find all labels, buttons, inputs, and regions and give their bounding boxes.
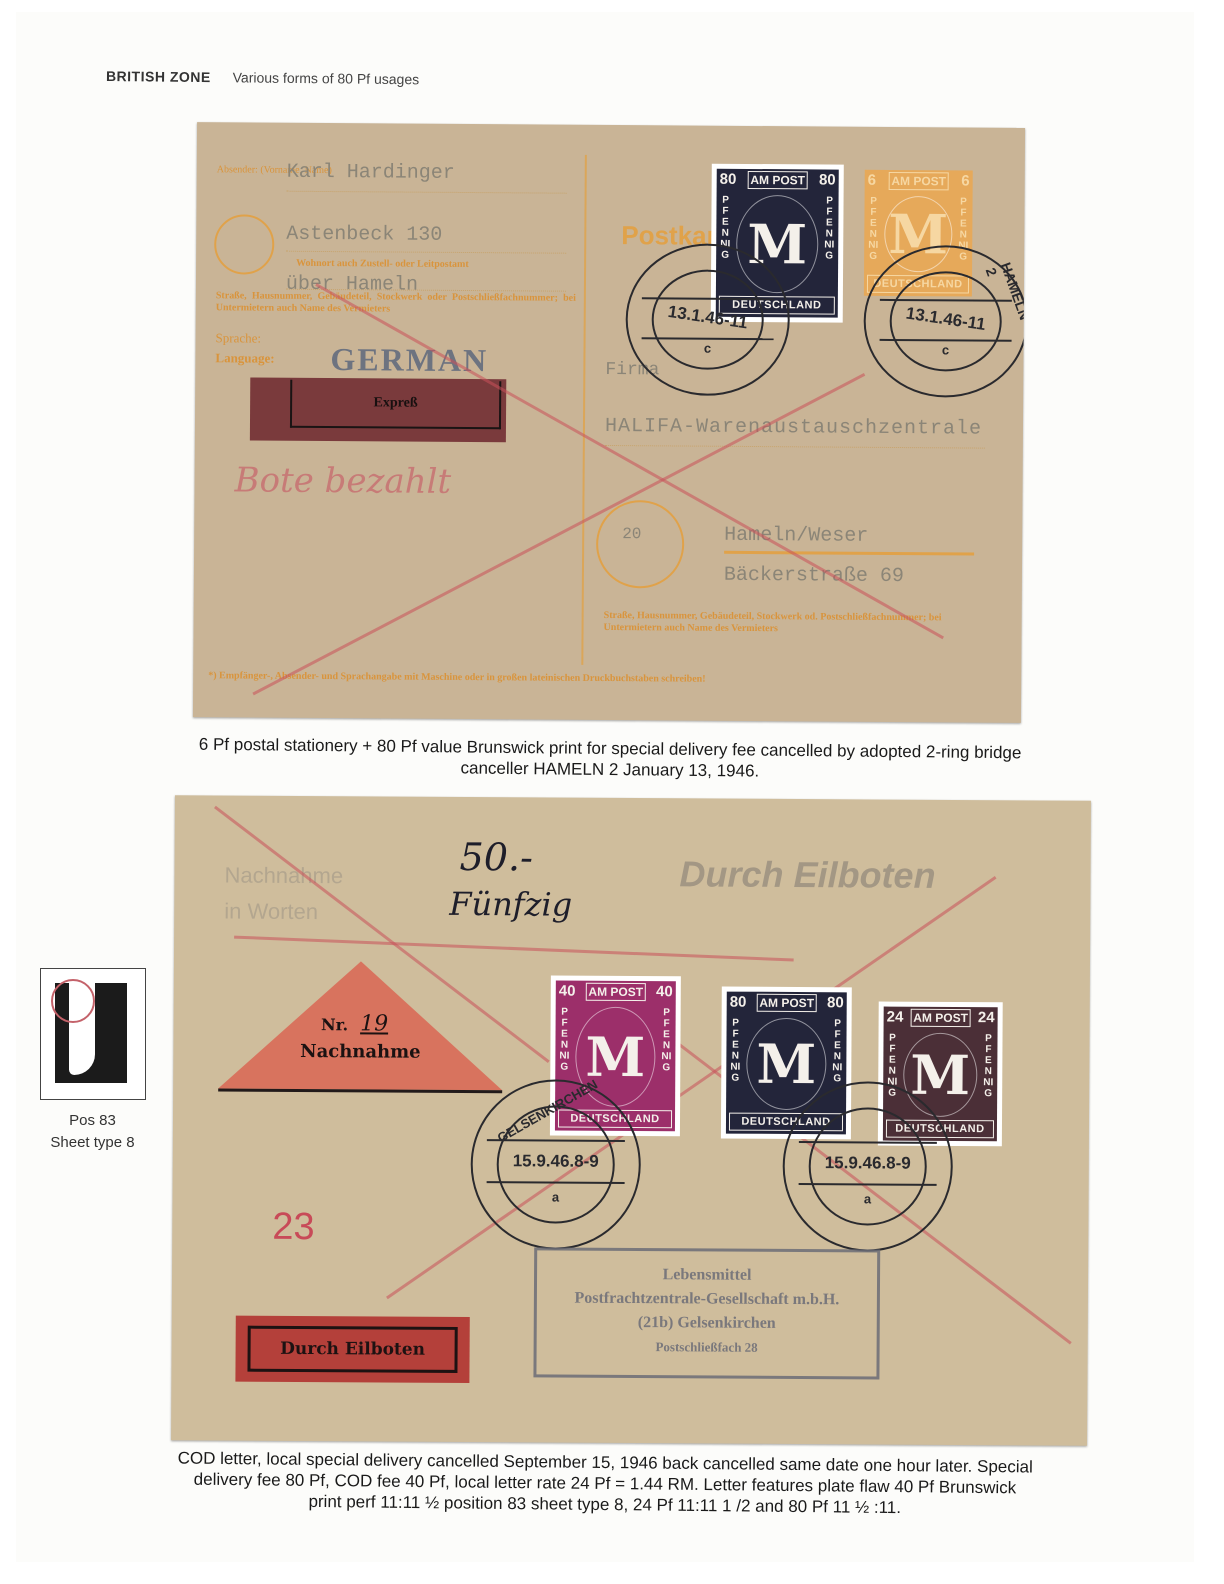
express-text: Expreß <box>290 380 501 429</box>
cod-cover: Nachnahme in Worten 50.- Fünfzig Durch E… <box>171 795 1091 1446</box>
eilboten-text: Durch Eilboten <box>247 1326 457 1373</box>
durch-eilboten-handstamp: Durch Eilboten <box>679 853 935 897</box>
language-value: GERMAN <box>330 341 488 379</box>
m-glyph-icon: M <box>746 1018 827 1110</box>
postal-stationery-card: Absender: (Vorname, Name) Karl Hardinger… <box>193 122 1025 723</box>
red-cross-line <box>234 936 794 962</box>
postmark-gelsenkirchen-left: 15.9.46.8-9 a GELSENKIRCHEN <box>470 1079 641 1250</box>
postmark-gelsenkirchen-right: 15.9.46.8-9 a <box>782 1081 953 1252</box>
sprache-label: Sprache: <box>216 330 262 346</box>
card-divider <box>581 155 587 665</box>
sender-zone-circle <box>214 214 274 274</box>
indicium-value: 6 <box>868 172 876 190</box>
postmark-hameln-left: 13.1.46-11 c <box>625 243 790 396</box>
number-23: 23 <box>272 1206 315 1249</box>
sender-name: Karl Hardinger <box>287 161 455 185</box>
handwritten-note: Bote bezahlt <box>234 460 451 502</box>
sender-box-handstamp: Lebensmittel Postfrachtzentrale-Gesellsc… <box>533 1247 880 1379</box>
language-label: Language: <box>215 350 274 366</box>
eilboten-label: Durch Eilboten <box>235 1316 469 1383</box>
recipient-street: Bäckerstraße 69 <box>724 564 904 588</box>
recipient-zone-circle <box>596 500 685 589</box>
caption-cover: COD letter, local special delivery cance… <box>60 1446 1151 1520</box>
zone-number: 20 <box>622 525 641 543</box>
postmark-hameln-right: 13.1.46-11 c HAMELN 2 <box>863 245 1025 398</box>
street-hint: Straße, Hausnummer, Gebäudeteil, Stockwe… <box>216 290 576 317</box>
plate-flaw-detail <box>40 968 146 1100</box>
header-zone: BRITISH ZONE <box>106 68 211 85</box>
flaw-circle-icon <box>51 979 95 1023</box>
city-underline <box>724 551 974 556</box>
cod-amount: 50.- <box>459 835 533 879</box>
header-subtitle: Various forms of 80 Pf usages <box>233 69 420 87</box>
express-label: Expreß <box>250 377 506 442</box>
plate-flaw-caption: Pos 83 Sheet type 8 <box>30 1110 155 1154</box>
sender-street: Astenbeck 130 <box>286 223 442 247</box>
recipient-name: HALIFA-Warenaustauschzentrale <box>605 415 982 441</box>
wohnort-hint: Wohnort auch Zustell- oder Leitpostamt <box>296 258 469 270</box>
page-header: BRITISH ZONE Various forms of 80 Pf usag… <box>106 68 419 87</box>
cod-amount-words: Fünfzig <box>449 885 572 924</box>
cod-label-text: Nr.19 Nachnahme <box>218 960 503 1090</box>
